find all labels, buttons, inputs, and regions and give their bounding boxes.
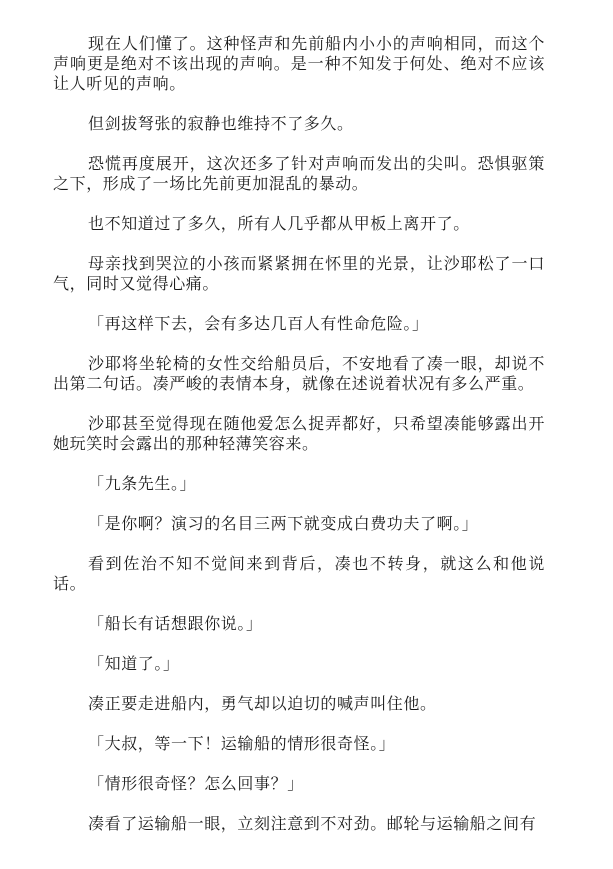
dialogue-paragraph: 「再这样下去，会有多达几百人有性命危险。」 [53,314,545,334]
dialogue-paragraph: 「知道了。」 [53,654,545,674]
dialogue-paragraph: 「情形很奇怪？怎么回事？」 [53,774,545,794]
dialogue-paragraph: 「大叔，等一下！运输船的情形很奇怪。」 [53,734,545,754]
paragraph: 凑看了运输船一眼，立刻注意到不对劲。邮轮与运输船之间有 [53,814,545,834]
paragraph: 但剑拔弩张的寂静也维持不了多久。 [53,114,545,134]
paragraph: 凑正要走进船内，勇气却以迫切的喊声叫住他。 [53,694,545,714]
document-page: 现在人们懂了。这种怪声和先前船内小小的声响相同，而这个声响更是绝对不该出现的声响… [0,0,613,869]
dialogue-paragraph: 「船长有话想跟你说。」 [53,614,545,634]
paragraph: 看到佐治不知不觉间来到背后，凑也不转身，就这么和他说话。 [53,554,545,594]
dialogue-paragraph: 「九条先生。」 [53,474,545,494]
paragraph: 恐慌再度展开，这次还多了针对声响而发出的尖叫。恐惧驱策之下，形成了一场比先前更加… [53,154,545,194]
paragraph: 现在人们懂了。这种怪声和先前船内小小的声响相同，而这个声响更是绝对不该出现的声响… [53,34,545,94]
paragraph: 也不知道过了多久，所有人几乎都从甲板上离开了。 [53,214,545,234]
paragraph: 沙耶甚至觉得现在随他爱怎么捉弄都好，只希望凑能够露出开她玩笑时会露出的那种轻薄笑… [53,414,545,454]
paragraph: 母亲找到哭泣的小孩而紧紧拥在怀里的光景，让沙耶松了一口气，同时又觉得心痛。 [53,254,545,294]
dialogue-paragraph: 「是你啊？演习的名目三两下就变成白费功夫了啊。」 [53,514,545,534]
paragraph: 沙耶将坐轮椅的女性交给船员后，不安地看了凑一眼，却说不出第二句话。凑严峻的表情本… [53,354,545,394]
